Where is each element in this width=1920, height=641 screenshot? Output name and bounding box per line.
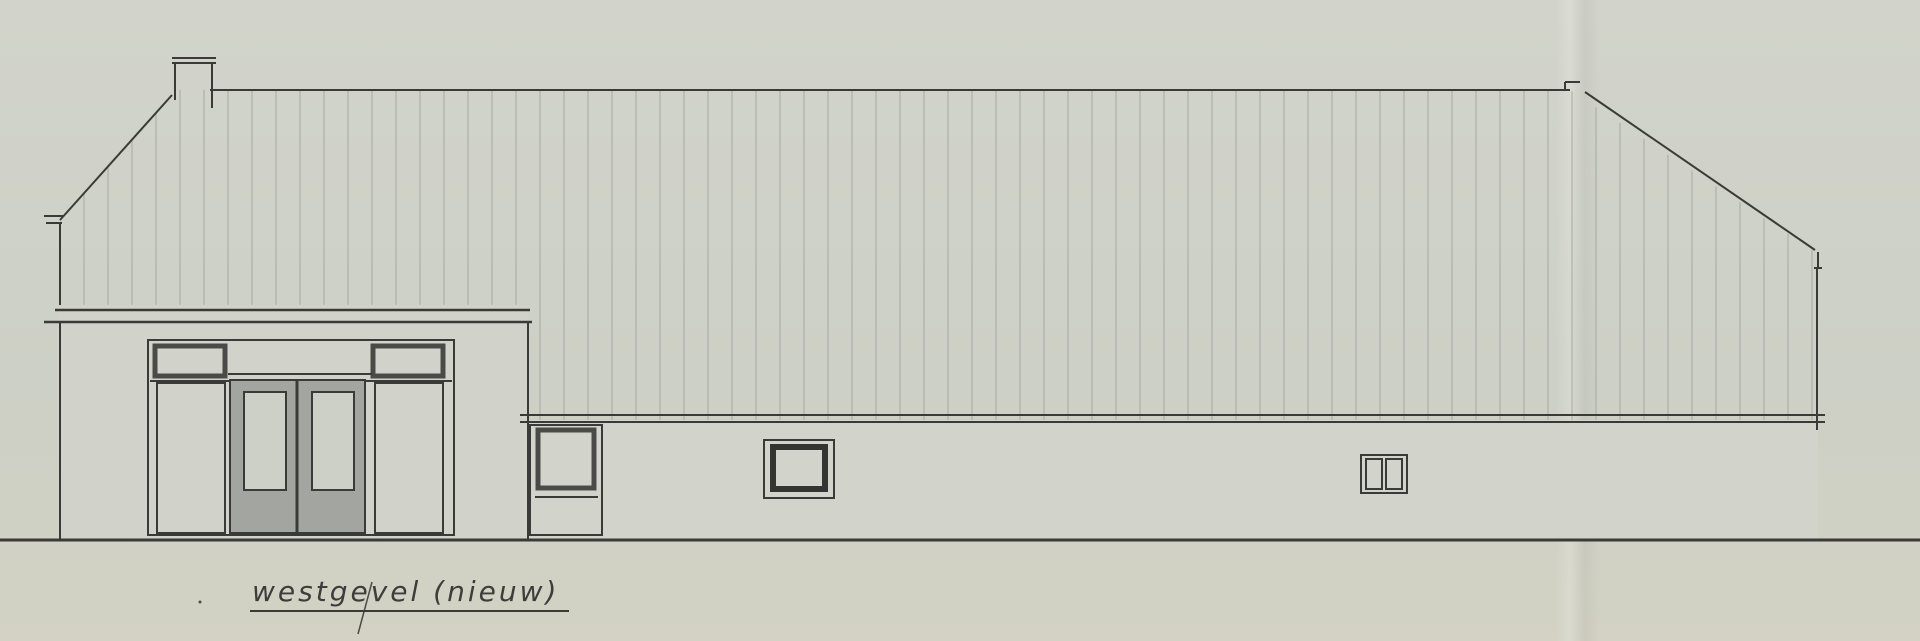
lean-to: [520, 410, 1825, 540]
west-elevation-drawing: [0, 0, 1920, 641]
drawing-caption: westgevel (nieuw): [250, 575, 569, 612]
double-doors: [230, 380, 365, 533]
drawing-sheet: westgevel (nieuw): [0, 0, 1920, 641]
